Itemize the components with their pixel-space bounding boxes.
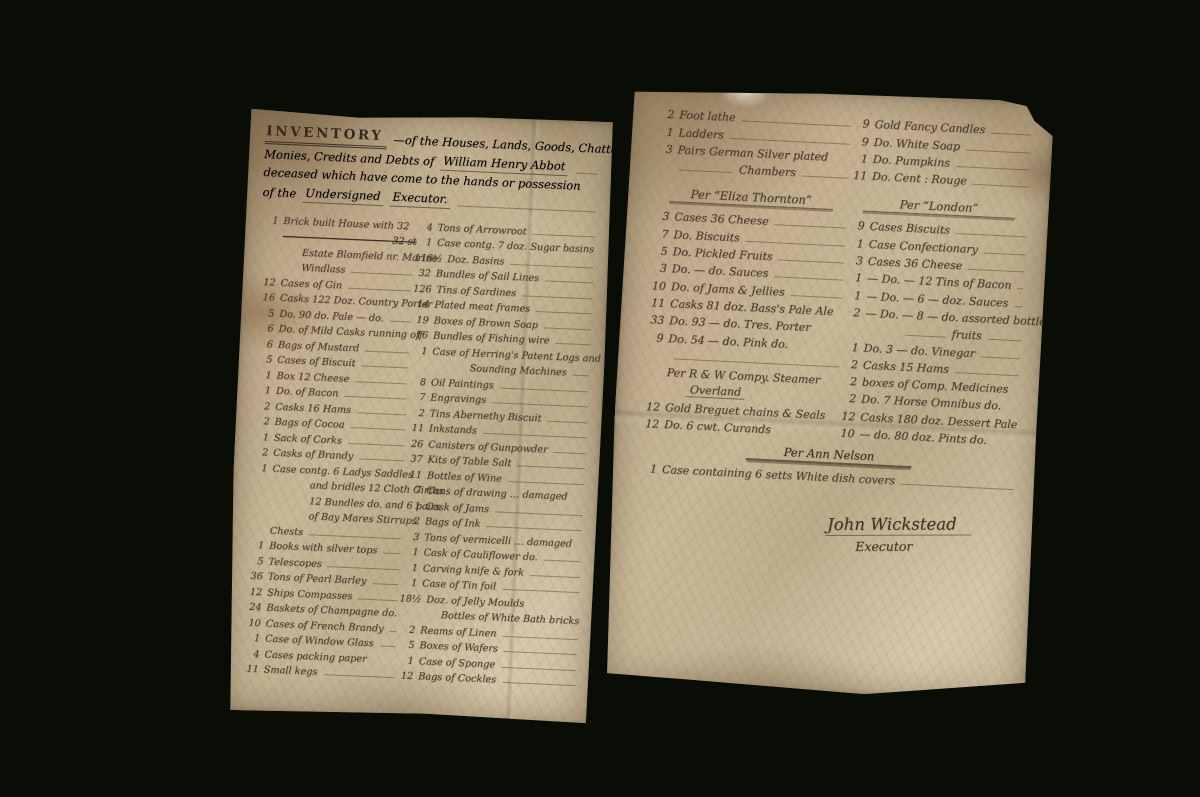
ruled-line — [517, 465, 585, 469]
item-quantity: 14 — [412, 299, 429, 311]
item-quantity: 5 — [255, 354, 272, 366]
item-text: Foot lathe — [679, 109, 736, 125]
item-quantity: 11 — [850, 169, 868, 183]
signature-title: Executor — [855, 539, 1013, 555]
manuscript-page-left: Inventory — of the Houses, Lands, Goods,… — [223, 106, 615, 725]
ruled-line — [383, 553, 399, 555]
item-text: Windlass — [301, 263, 346, 276]
ruled-line — [379, 645, 395, 647]
ruled-line — [532, 233, 595, 237]
item-quantity: 12 — [838, 409, 856, 423]
item-quantity: 3 — [846, 254, 864, 268]
item-quantity: 1 — [844, 288, 862, 302]
item-quantity: 1 — [403, 500, 420, 512]
ruled-line — [547, 420, 587, 423]
ruled-line — [359, 458, 404, 461]
item-quantity: 4 — [416, 221, 433, 233]
ruled-line — [365, 350, 408, 353]
ruled-line — [576, 173, 598, 175]
item-text: Telescopes — [268, 556, 322, 569]
item-quantity: 1 — [254, 385, 271, 397]
item-quantity: 9 — [646, 331, 664, 345]
item-quantity: 3 — [652, 210, 670, 224]
ruled-line — [530, 574, 580, 577]
item-quantity: 11 — [242, 664, 259, 676]
ruled-line — [984, 252, 1025, 255]
item-text: Small kegs — [264, 664, 318, 677]
item-text: Bags of Cockles — [418, 671, 496, 685]
manuscript-page-right: 2Foot lathe1Ladders3Pairs German Silver … — [602, 82, 1055, 702]
right-page-column-1: 2Foot lathe1Ladders3Pairs German Silver … — [642, 103, 853, 439]
item-quantity: 10 — [244, 617, 261, 629]
item-text: Oil Paintings — [431, 377, 494, 391]
item-quantity: 4 — [242, 648, 259, 660]
item-quantity: 1 — [243, 633, 260, 645]
item-quantity: 26 — [406, 438, 423, 450]
ruled-line — [987, 339, 1020, 342]
item-quantity: 11 — [405, 469, 422, 481]
item-quantity: 1 — [261, 214, 278, 226]
item-quantity: 1 — [250, 462, 267, 474]
item-quantity: 5 — [650, 244, 668, 258]
item-quantity: 24 — [244, 602, 261, 614]
item-quantity: 8 — [409, 376, 426, 388]
item-quantity: 1 — [401, 562, 418, 574]
item-quantity: 10 — [837, 427, 855, 441]
ruled-line — [458, 206, 596, 213]
item-quantity: 9 — [847, 219, 865, 233]
signature-name: John Wickstead — [825, 515, 971, 537]
item-quantity: 1 — [846, 237, 864, 251]
item-text: fruits — [951, 328, 982, 342]
item-quantity: 5 — [257, 307, 274, 319]
item-text: Cask of Jams — [425, 501, 489, 515]
left-page-column-1: 1Brick built House with 32——————————— 32… — [242, 210, 417, 681]
item-quantity: 12 — [643, 400, 661, 414]
item-text: — do. 80 doz. Pints do. — [859, 428, 987, 447]
item-quantity: 1 — [841, 340, 859, 354]
photo-background: Inventory — of the Houses, Lands, Goods,… — [0, 0, 1200, 797]
ruled-line — [791, 295, 843, 299]
item-quantity: 16 — [411, 330, 428, 342]
heading-line4: of the — [262, 182, 296, 202]
ruled-line — [545, 280, 593, 283]
item-quantity: 7 — [651, 227, 669, 241]
signature-block: John Wickstead Executor — [825, 515, 1013, 555]
item-quantity: 16 — [258, 292, 275, 304]
item-quantity: 2 — [403, 515, 420, 527]
item-quantity: 1 — [252, 431, 269, 443]
item-quantity: 118½ — [414, 252, 442, 264]
ruled-line — [372, 583, 398, 585]
ruled-line — [544, 560, 581, 563]
item-quantity: 19 — [412, 314, 429, 326]
item-quantity: 7 — [404, 484, 421, 496]
item-text: Case containing 6 setts White dish cover… — [662, 463, 896, 487]
ruled-line — [802, 176, 848, 179]
item-quantity: 1 — [401, 546, 418, 558]
inventory-heading: Inventory — of the Houses, Lands, Goods,… — [262, 122, 601, 216]
ruled-line — [502, 682, 575, 686]
item-quantity: 126 — [413, 283, 432, 295]
ruled-line — [973, 184, 1029, 188]
ruled-line — [555, 343, 590, 346]
item-quantity: 1 — [851, 152, 869, 166]
item-quantity: 1 — [656, 125, 674, 139]
item-text: Ladders — [678, 126, 724, 141]
item-text: Chests — [270, 525, 304, 537]
item-quantity: 10 — [649, 279, 667, 293]
section-header: Per “London” — [863, 196, 1015, 219]
ruled-line — [361, 365, 407, 368]
ruled-line — [904, 335, 945, 338]
item-quantity: 37 — [405, 453, 422, 465]
right-page-column-2: 9Gold Fancy Candles9Do. White Soap1Do. P… — [837, 113, 1033, 448]
item-quantity: 12 — [642, 417, 660, 431]
item-quantity: 12 — [396, 670, 413, 682]
item-text: Inkstands — [429, 423, 477, 436]
ruled-line — [350, 427, 405, 430]
item-text: Chambers — [739, 164, 797, 180]
item-quantity: 5 — [397, 639, 414, 651]
ruled-line — [981, 356, 1020, 359]
item-quantity: 12 — [245, 586, 262, 598]
item-quantity: 3 — [650, 262, 668, 276]
item-quantity: 7 — [408, 392, 425, 404]
item-quantity: 2 — [407, 407, 424, 419]
item-quantity: 1 — [410, 345, 427, 357]
item-quantity: 1 — [415, 237, 432, 249]
item-quantity: 1 — [254, 369, 271, 381]
ruled-line — [573, 375, 589, 377]
item-text: Sack of Corks — [274, 432, 342, 446]
ruled-line — [968, 269, 1024, 273]
item-quantity: 11 — [648, 296, 666, 310]
ruled-line — [679, 170, 733, 174]
ruled-line — [390, 320, 410, 322]
ruled-line — [901, 484, 1014, 490]
item-quantity: 2 — [839, 392, 857, 406]
item-text: Do. 6 cwt. Curands — [664, 418, 771, 436]
item-quantity: 6 — [256, 323, 273, 335]
item-quantity: 32 — [414, 268, 431, 280]
ruled-line — [348, 287, 411, 291]
item-quantity: 2 — [251, 447, 268, 459]
heading-dash: — — [393, 131, 405, 150]
ruled-line — [1014, 306, 1022, 307]
ruled-line — [544, 327, 591, 330]
ruled-line — [536, 311, 592, 314]
item-quantity: 18½ — [399, 593, 421, 605]
heading-undersigned: Undersigned — [302, 183, 384, 206]
ruled-line — [323, 674, 394, 678]
item-quantity: 9 — [852, 117, 870, 131]
ruled-line — [357, 412, 406, 415]
ruled-line — [1017, 288, 1023, 289]
item-quantity: 2 — [840, 375, 858, 389]
item-quantity: 11 — [407, 422, 424, 434]
item-quantity: 9 — [851, 134, 869, 148]
item-quantity: 3 — [655, 142, 673, 156]
item-quantity: 1 — [640, 462, 658, 476]
ruled-line — [348, 442, 405, 445]
ruled-line — [554, 451, 586, 453]
ruled-line — [522, 295, 592, 299]
item-text: Overland — [686, 384, 746, 401]
ruled-line — [390, 630, 397, 631]
ruled-line — [344, 396, 406, 400]
ruled-line — [991, 133, 1031, 136]
ruled-line — [355, 381, 407, 384]
item-quantity: 2 — [657, 108, 675, 122]
ruled-line — [351, 272, 411, 276]
item-quantity: 2 — [398, 624, 415, 636]
item-quantity: 3 — [402, 531, 419, 543]
item-quantity: 12 — [258, 276, 275, 288]
item-quantity: 36 — [246, 571, 263, 583]
item-quantity: 1 — [845, 271, 863, 285]
item-quantity: 1 — [400, 577, 417, 589]
item-quantity: 1 — [397, 655, 414, 667]
ruled-line — [358, 598, 397, 601]
item-quantity: 1 — [247, 540, 264, 552]
left-page-column-2: 4Tons of Arrowroot1Case contg. 7 doz. Su… — [396, 217, 598, 689]
heading-executor: Executor. — [389, 187, 451, 209]
item-quantity: 6 — [256, 338, 273, 350]
item-quantity: 2 — [252, 416, 269, 428]
item-quantity: 33 — [647, 313, 665, 327]
item-quantity: 5 — [246, 555, 263, 567]
item-quantity: 2 — [841, 357, 859, 371]
item-quantity: 2 — [843, 306, 861, 320]
item-quantity: 2 — [253, 400, 270, 412]
item-text: Cases of Gin — [280, 277, 342, 291]
